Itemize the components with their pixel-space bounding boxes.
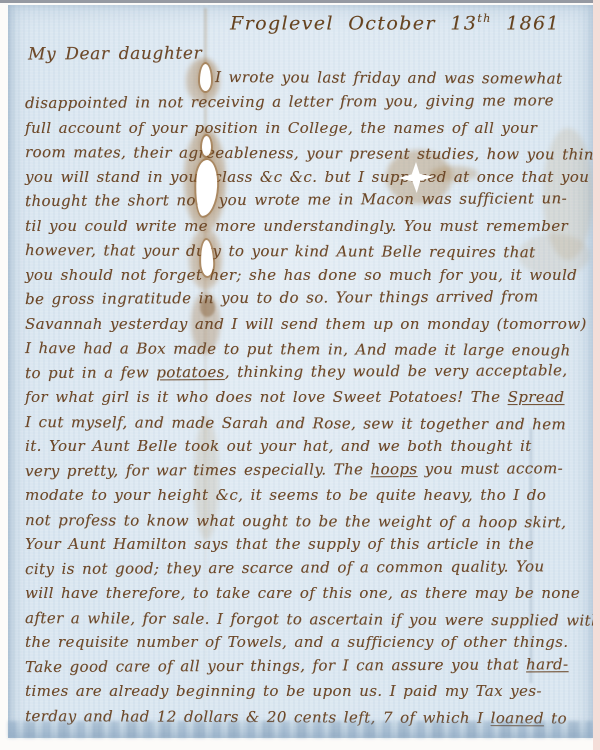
line-text: Take good care of all your things, for I… — [25, 655, 526, 676]
letter-line: modate to your height &c, it seems to be… — [25, 484, 546, 506]
scan-margin — [593, 0, 600, 750]
letter-line: to put in a few potatoes, thinking they … — [25, 359, 568, 384]
letter-line: I have had a Box made to put them in, An… — [25, 337, 571, 361]
letter-line: will have therefore, to take care of thi… — [25, 582, 580, 604]
letter-line: for what girl is it who does not love Sw… — [25, 386, 564, 408]
underlined-word: potatoes — [156, 363, 225, 381]
date-text: Froglevel October 13 — [230, 12, 477, 34]
line-text: for what girl is it who does not love Sw… — [25, 388, 508, 406]
letter-line: after a while, for sale. I forgot to asc… — [25, 607, 600, 632]
line-text: you must accom- — [417, 459, 563, 478]
underlined-word: hoops — [370, 460, 417, 478]
letter-line: Savannah yesterday and I will send them … — [25, 313, 587, 335]
paper-hole — [200, 64, 211, 91]
line-text: , thinking they would be very acceptable… — [225, 361, 568, 381]
letter-line: I wrote you last friday and was somewhat — [215, 66, 562, 90]
letter-line: til you could write me more understandin… — [25, 215, 568, 237]
letter-line: Your Aunt Hamilton says that the supply … — [25, 533, 534, 555]
line-text: very pretty, for war times especially. T… — [25, 460, 371, 480]
scan-edge-shadow — [0, 0, 600, 3]
salutation: My Dear daughter — [28, 44, 202, 65]
letter-line: not profess to know what ought to be the… — [25, 509, 566, 533]
letter-line: I cut myself, and made Sarah and Rose, s… — [25, 411, 566, 435]
letter-line: full account of your position in College… — [25, 117, 537, 139]
underlined-word: hard- — [526, 655, 569, 673]
letter-line: disappointed in not receiving a letter f… — [25, 89, 554, 114]
letter-line: you should not forget her; she has done … — [25, 264, 577, 286]
letter-line: times are already beginning to be upon u… — [25, 680, 542, 702]
letter-line: very pretty, for war times especially. T… — [25, 457, 563, 482]
date-ordinal: th — [477, 12, 491, 25]
date-year: 1861 — [492, 12, 560, 34]
paper-hole — [202, 136, 211, 156]
paper-edge-texture — [8, 721, 593, 738]
letter-line: Take good care of all your things, for I… — [25, 653, 569, 678]
underlined-word: Spread — [508, 388, 565, 406]
scanned-letter-page: Froglevel October 13th 1861 My Dear daug… — [0, 0, 600, 750]
letter-line: you will stand in your class &c &c. but … — [25, 166, 589, 188]
letter-line: it. Your Aunt Belle took out your hat, a… — [25, 435, 532, 457]
letter-line: be gross ingratitude in you to do so. Yo… — [25, 285, 539, 310]
letter-line: city is not good; they are scarce and of… — [25, 555, 545, 580]
letter-line: the requisite number of Towels, and a su… — [25, 631, 568, 653]
letter-line: thought the short note you wrote me in M… — [25, 187, 567, 212]
letter-line: room mates, their agreeableness, your pr… — [25, 141, 600, 166]
date-line: Froglevel October 13th 1861 — [230, 12, 560, 34]
line-text: to put in a few — [25, 363, 156, 382]
letter-line: however, that your duty to your kind Aun… — [25, 239, 536, 263]
